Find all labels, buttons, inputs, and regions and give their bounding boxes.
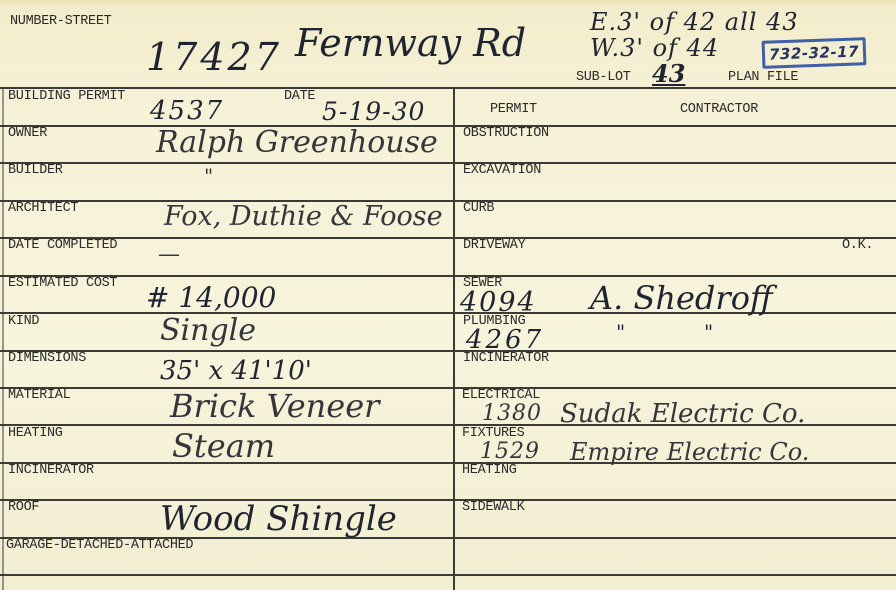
- row-divider: [453, 275, 896, 277]
- date-label: DATE: [284, 90, 315, 104]
- row-divider: [0, 162, 454, 164]
- address-number: 17427: [146, 38, 282, 76]
- obstruction-label: OBSTRUCTION: [463, 127, 549, 141]
- builder-value: ": [204, 166, 213, 186]
- plan-file-label: PLAN FILE: [728, 71, 798, 85]
- building-permit-index-card: NUMBER-STREET 17427 Fernway Rd E.3' of 4…: [0, 0, 896, 590]
- material-label: MATERIAL: [8, 389, 70, 403]
- fixtures-permit: 1529: [480, 441, 540, 463]
- sidewalk-label: SIDEWALK: [462, 501, 524, 515]
- row-divider: [453, 574, 896, 576]
- heating-label: HEATING: [8, 427, 63, 441]
- sub-lot-label: SUB-LOT: [576, 71, 631, 85]
- owner-label: OWNER: [8, 127, 47, 141]
- builder-label: BUILDER: [8, 164, 63, 178]
- building-permit-value: 4537: [150, 98, 224, 124]
- date-completed-value: —: [158, 244, 180, 266]
- building-permit-label: BUILDING PERMIT: [8, 90, 125, 104]
- electrical-contractor: Sudak Electric Co.: [560, 401, 805, 427]
- dimensions-label: DIMENSIONS: [8, 352, 86, 366]
- permit-column-header: PERMIT: [490, 103, 537, 117]
- sewer-permit: 4094: [460, 289, 537, 316]
- driveway-note: O.K.: [842, 239, 873, 253]
- plan-file-stamp: 732-32-17: [762, 37, 867, 69]
- estimated-cost-value: # 14,000: [146, 284, 276, 312]
- lot-note-line-1: E.3' of 42 all 43: [590, 10, 799, 34]
- row-divider: [0, 574, 454, 576]
- heating-value: Steam: [172, 430, 275, 462]
- curb-label: CURB: [463, 202, 494, 216]
- plumbing-contractor-ditto-2: ": [704, 322, 713, 342]
- address-street: Fernway Rd: [295, 24, 526, 62]
- header-divider: [0, 87, 896, 89]
- lot-note-line-2: W.3' of 44: [590, 36, 719, 60]
- material-value: Brick Veneer: [170, 390, 379, 422]
- architect-value: Fox, Duthie & Foose: [164, 203, 443, 230]
- architect-label: ARCHITECT: [8, 202, 78, 216]
- driveway-label: DRIVEWAY: [463, 239, 525, 253]
- dimensions-value: 35' x 41'10': [160, 358, 312, 384]
- owner-value: Ralph Greenhouse: [156, 128, 438, 158]
- contractor-column-header: CONTRACTOR: [680, 103, 758, 117]
- number-street-label: NUMBER-STREET: [10, 15, 111, 29]
- date-value: 5-19-30: [322, 99, 425, 124]
- roof-value: Wood Shingle: [160, 502, 397, 536]
- electrical-permit: 1380: [482, 403, 542, 425]
- roof-label: ROOF: [8, 501, 39, 515]
- excavation-label: EXCAVATION: [463, 164, 541, 178]
- row-divider: [453, 537, 896, 539]
- row-divider: [453, 200, 896, 202]
- garage-label: GARAGE-DETACHED-ATTACHED: [6, 539, 193, 553]
- plumbing-permit: 4267: [466, 327, 544, 353]
- kind-value: Single: [160, 316, 256, 346]
- sub-lot-value: 43: [652, 62, 685, 86]
- kind-label: KIND: [8, 315, 39, 329]
- estimated-cost-label: ESTIMATED COST: [8, 277, 117, 291]
- plumbing-contractor-ditto-1: ": [616, 322, 625, 342]
- incinerator-permit-label: INCINERATOR: [463, 352, 549, 366]
- date-completed-label: DATE COMPLETED: [8, 239, 117, 253]
- heating-permit-label: HEATING: [462, 464, 517, 478]
- incinerator-label: INCINERATOR: [8, 464, 94, 478]
- sewer-contractor: A. Shedroff: [590, 282, 773, 314]
- fixtures-contractor: Empire Electric Co.: [570, 440, 809, 464]
